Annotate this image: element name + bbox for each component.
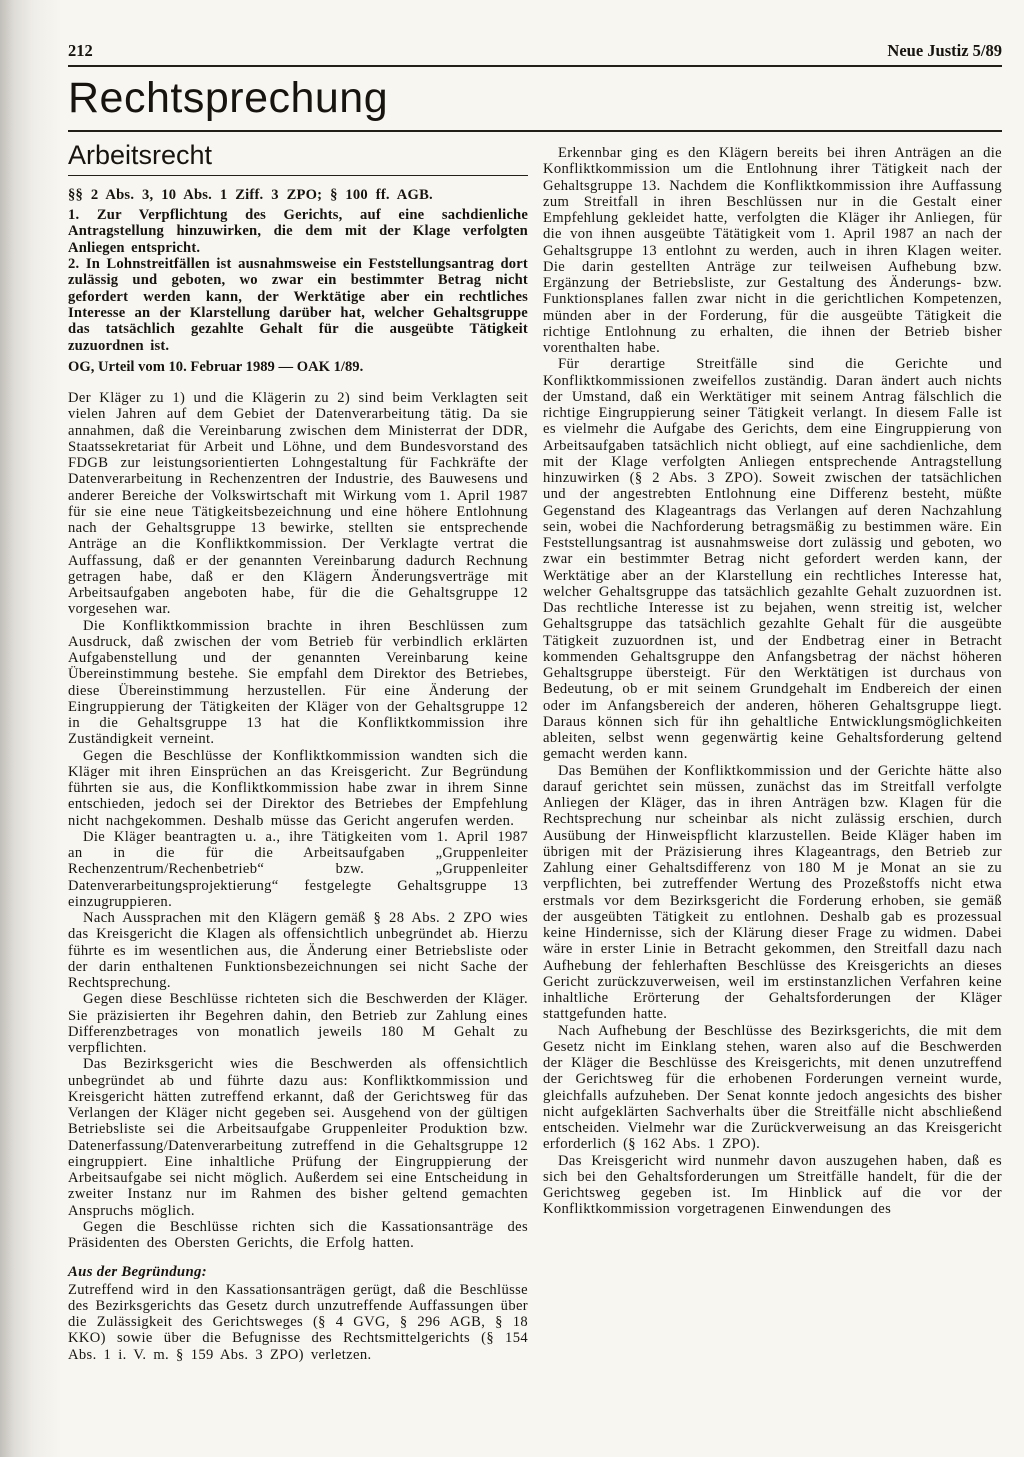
journal-title: Neue Justiz 5/89 <box>887 42 1002 60</box>
reasoning-paragraph: Das Kreisgericht wird nunmehr davon ausz… <box>543 1153 1002 1218</box>
headnote-block: §§ 2 Abs. 3, 10 Abs. 1 Ziff. 3 ZPO; § 10… <box>68 187 528 375</box>
page-number: 212 <box>68 42 93 60</box>
subsection-title: Arbeitsrecht <box>68 141 528 176</box>
journal-page: 212 Neue Justiz 5/89 Rechtsprechung Arbe… <box>0 0 1024 1457</box>
reasoning-heading: Aus der Begründung: <box>68 1264 528 1280</box>
left-column: Arbeitsrecht §§ 2 Abs. 3, 10 Abs. 1 Ziff… <box>68 132 528 1363</box>
facts-paragraph: Das Bezirksgericht wies die Beschwerden … <box>68 1056 528 1219</box>
facts-paragraph: Nach Aussprachen mit den Klägern gemäß §… <box>68 910 528 991</box>
two-column-body: Arbeitsrecht §§ 2 Abs. 3, 10 Abs. 1 Ziff… <box>68 132 1002 1363</box>
facts-paragraph: Die Konfliktkommission brachte in ihren … <box>68 618 528 748</box>
reasoning-paragraph: Erkennbar ging es den Klägern bereits be… <box>543 145 1002 356</box>
right-column: Erkennbar ging es den Klägern bereits be… <box>543 132 1002 1363</box>
page-header: 212 Neue Justiz 5/89 <box>68 0 1002 67</box>
headnote-point-2: 2. In Lohnstreitfällen ist ausnahmsweise… <box>68 256 528 354</box>
section-title: Rechtsprechung <box>68 77 1002 132</box>
reasoning-paragraph: Nach Aufhebung der Beschlüsse des Bezirk… <box>543 1023 1002 1153</box>
facts-paragraph: Gegen die Beschlüsse der Konfliktkommiss… <box>68 748 528 829</box>
statutes-line: §§ 2 Abs. 3, 10 Abs. 1 Ziff. 3 ZPO; § 10… <box>68 187 528 203</box>
reasoning-paragraph: Zutreffend wird in den Kassationsanträge… <box>68 1282 528 1363</box>
facts-paragraph: Der Kläger zu 1) und die Klägerin zu 2) … <box>68 390 528 618</box>
reasoning-paragraph: Für derartige Streitfälle sind die Geric… <box>543 356 1002 762</box>
case-citation: OG, Urteil vom 10. Februar 1989 — OAK 1/… <box>68 359 528 375</box>
facts-paragraph: Gegen die Beschlüsse richten sich die Ka… <box>68 1219 528 1252</box>
headnote-point-1: 1. Zur Verpflichtung des Gerichts, auf e… <box>68 207 528 256</box>
facts-paragraph: Gegen diese Beschlüsse richteten sich di… <box>68 991 528 1056</box>
facts-paragraph: Die Kläger beantragten u. a., ihre Tätig… <box>68 829 528 910</box>
scan-edge-shadow <box>0 0 62 1457</box>
reasoning-paragraph: Das Bemühen der Konfliktkommission und d… <box>543 763 1002 1023</box>
